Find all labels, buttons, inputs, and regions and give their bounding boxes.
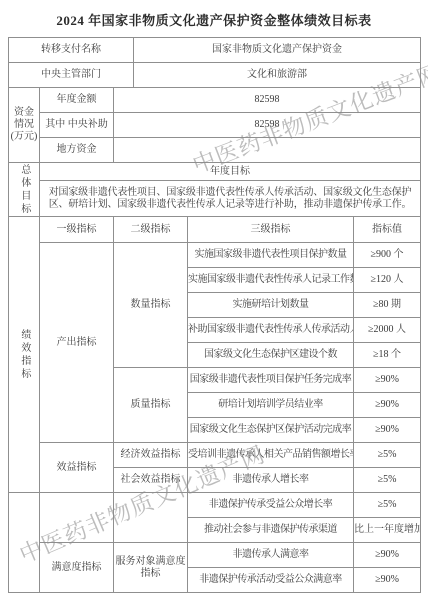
table-row: 对国家级非遗代表性项目、国家级非遗代表性传承人传承活动、国家级文化生态保护区、研… [9,181,421,217]
indicator-value: ≥5% [354,468,421,493]
overall-goal-group-label: 总体目标 [9,163,40,217]
funding-label-line: (万元) [9,131,39,143]
transfer-payment-label: 转移支付名称 [9,38,134,63]
indicator-name: 非遗保护传承活动受益公众满意率 [188,568,354,593]
indicator-value: ≥90% [354,568,421,593]
indicator-value: ≥900 个 [354,243,421,268]
table-row: 效益指标 经济效益指标 受培训非遗传承人相关产品销售额增长率 ≥5% [9,443,421,468]
level3-header: 三级指标 [188,217,354,243]
value-header: 指标值 [354,217,421,243]
indicator-name: 国家级非遗代表性项目保护任务完成率 [188,368,354,393]
indicator-name: 研培计划培训学员结业率 [188,393,354,418]
indicator-name: 非遗传承人满意率 [188,543,354,568]
social-benefit-label: 社会效益指标 [114,468,188,493]
level1-empty [40,493,114,543]
indicator-name: 实施国家级非遗代表性传承人记录工作数量 [188,268,354,293]
central-department-value: 文化和旅游部 [134,63,421,88]
table-row: 产出指标 数量指标 实施国家级非遗代表性项目保护数量 ≥900 个 [9,243,421,268]
table-row: 地方资金 [9,138,421,163]
funding-label-line: 资金 [9,107,39,119]
indicator-name: 实施研培计划数量 [188,293,354,318]
table-row: 总体目标 年度目标 [9,163,421,181]
indicator-value: ≥120 人 [354,268,421,293]
annual-amount-value: 82598 [114,88,421,113]
indicator-value: ≥2000 人 [354,318,421,343]
table-row: 中央主管部门 文化和旅游部 [9,63,421,88]
economic-benefit-label: 经济效益指标 [114,443,188,468]
indicator-name: 非遗传承人增长率 [188,468,354,493]
table-row: 非遗保护传承受益公众增长率 ≥5% [9,493,421,518]
indicator-name: 受培训非遗传承人相关产品销售额增长率 [188,443,354,468]
indicator-value: ≥90% [354,543,421,568]
indicator-value: ≥18 个 [354,343,421,368]
local-funds-value [114,138,421,163]
central-subsidy-label: 其中 中央补助 [40,113,114,138]
table-row: 绩效指标 一级指标 二级指标 三级指标 指标值 [9,217,421,243]
level1-header: 一级指标 [40,217,114,243]
group-label-empty [9,493,40,593]
local-funds-label: 地方资金 [40,138,114,163]
indicator-name: 国家级文化生态保护区保护活动完成率 [188,418,354,443]
indicator-value: ≥80 期 [354,293,421,318]
level2-header: 二级指标 [114,217,188,243]
indicator-name: 实施国家级非遗代表性项目保护数量 [188,243,354,268]
quantity-indicator-label: 数量指标 [114,243,188,368]
indicator-value: ≥90% [354,368,421,393]
document-title: 2024 年国家非物质文化遗产保护资金整体绩效目标表 [0,10,428,29]
indicator-name: 补助国家级非遗代表性传承人传承活动人数 [188,318,354,343]
output-indicator-label: 产出指标 [40,243,114,443]
funding-label-line: 情况 [9,119,39,131]
table-row: 满意度指标 服务对象满意度指标 非遗传承人满意率 ≥90% [9,543,421,568]
annual-amount-label: 年度金额 [40,88,114,113]
indicator-name: 推动社会参与非遗保护传承渠道 [188,518,354,543]
indicator-value: 比上一年度增加 [354,518,421,543]
central-subsidy-value: 82598 [114,113,421,138]
level2-empty [114,493,188,543]
indicator-value: ≥5% [354,493,421,518]
benefit-indicator-label: 效益指标 [40,443,114,493]
table-row: 转移支付名称 国家非物质文化遗产保护资金 [9,38,421,63]
quality-indicator-label: 质量指标 [114,368,188,443]
transfer-payment-value: 国家非物质文化遗产保护资金 [134,38,421,63]
service-satisfaction-label: 服务对象满意度指标 [114,543,188,593]
indicator-name: 国家级文化生态保护区建设个数 [188,343,354,368]
indicator-value: ≥5% [354,443,421,468]
central-department-label: 中央主管部门 [9,63,134,88]
performance-target-table: 转移支付名称 国家非物质文化遗产保护资金 中央主管部门 文化和旅游部 资金 情况… [8,37,421,593]
annual-goal-header: 年度目标 [40,163,421,181]
indicator-value: ≥90% [354,418,421,443]
indicator-value: ≥90% [354,393,421,418]
satisfaction-indicator-label: 满意度指标 [40,543,114,593]
table-row: 其中 中央补助 82598 [9,113,421,138]
annual-goal-text: 对国家级非遗代表性项目、国家级非遗代表性传承人传承活动、国家级文化生态保护区、研… [40,181,421,217]
table-row: 资金 情况 (万元) 年度金额 82598 [9,88,421,113]
funding-group-label: 资金 情况 (万元) [9,88,40,163]
indicator-name: 非遗保护传承受益公众增长率 [188,493,354,518]
indicators-group-label: 绩效指标 [9,217,40,493]
